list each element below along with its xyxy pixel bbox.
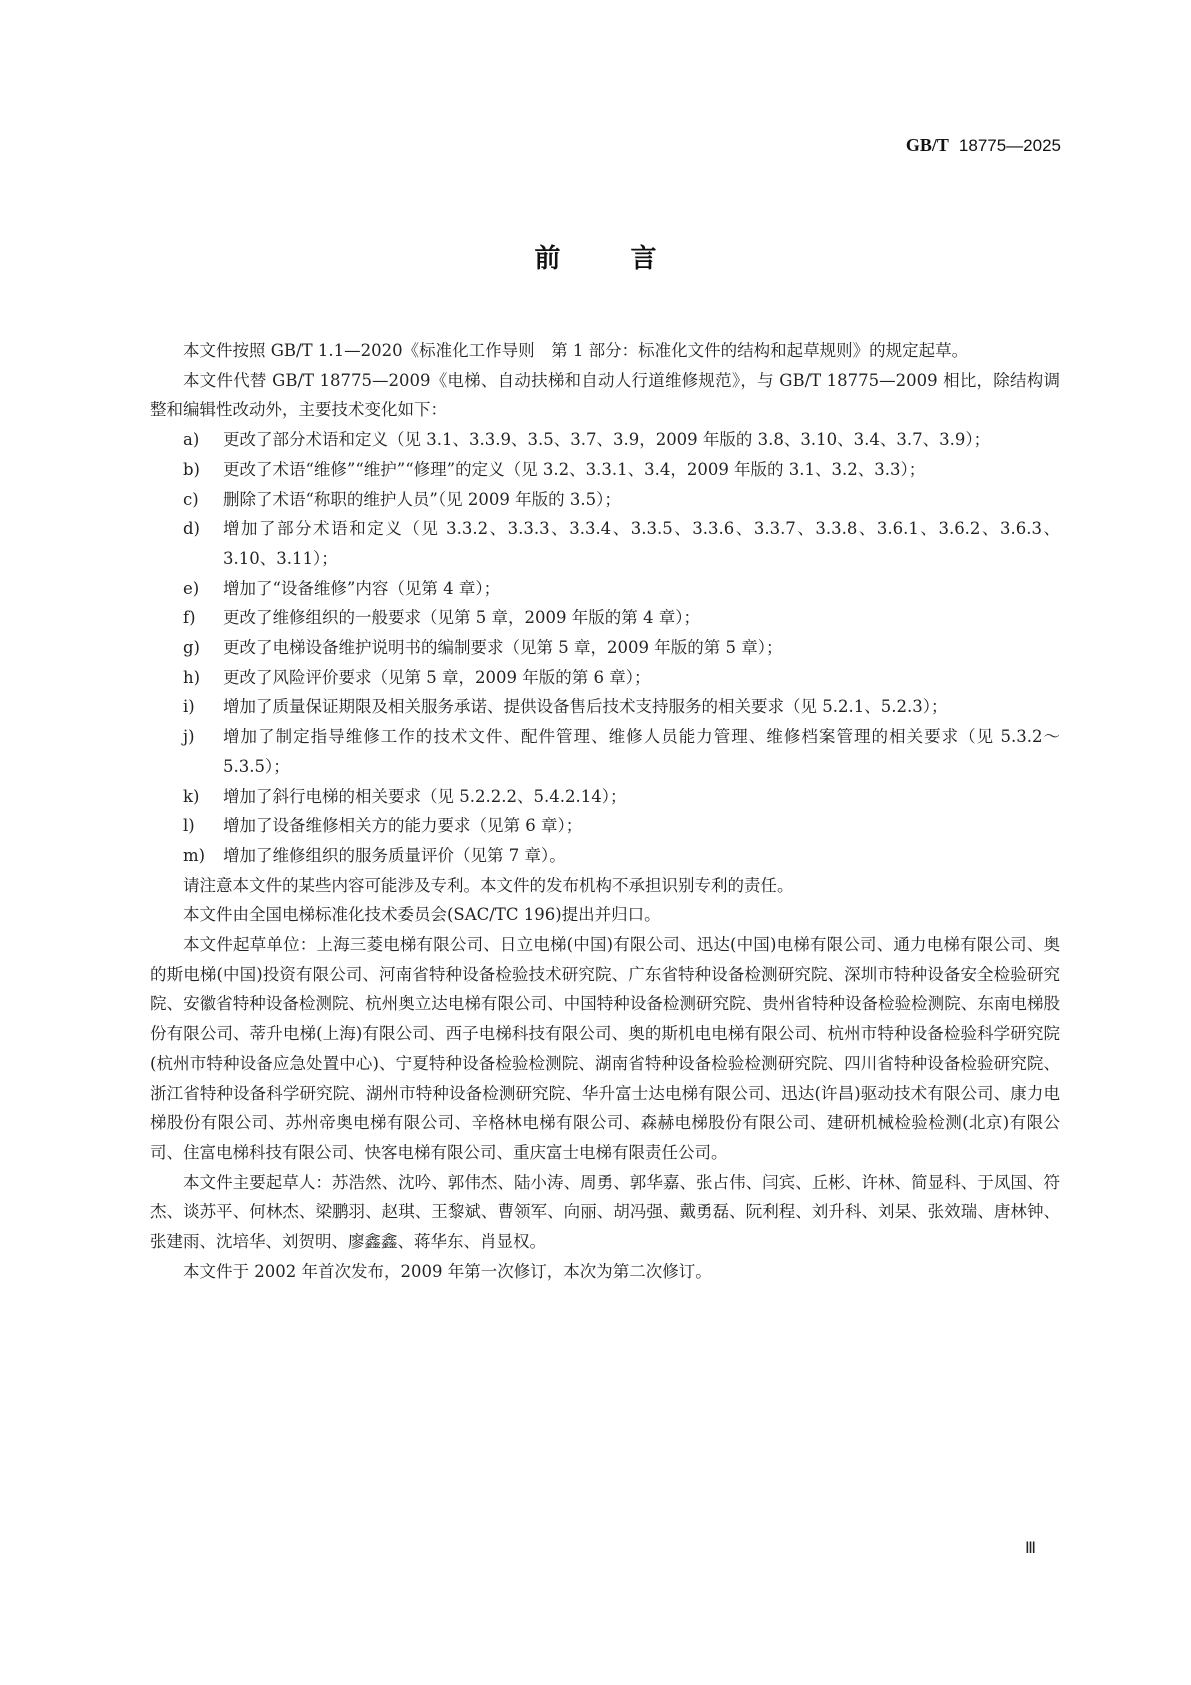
standard-number: 18775—2025	[959, 136, 1061, 155]
list-text: 更改了术语“维修”“维护”“修理”的定义（见 3.2、3.3.1、3.4，200…	[223, 455, 1060, 485]
list-text: 增加了制定指导维修工作的技术文件、配件管理、维修人员能力管理、维修档案管理的相关…	[223, 722, 1060, 781]
standard-code: GB/T18775—2025	[906, 135, 1061, 156]
list-item: a)更改了部分术语和定义（见 3.1、3.3.9、3.5、3.7、3.9，200…	[150, 425, 1060, 455]
list-text: 增加了“设备维修”内容（见第 4 章）；	[223, 574, 1060, 604]
list-marker: d)	[150, 514, 223, 573]
list-marker: j)	[150, 722, 223, 781]
list-marker: i)	[150, 692, 223, 722]
list-marker: k)	[150, 782, 223, 812]
list-text: 删除了术语“称职的维护人员”（见 2009 年版的 3.5）；	[223, 485, 1060, 515]
list-item: e)增加了“设备维修”内容（见第 4 章）；	[150, 574, 1060, 604]
page-number: Ⅲ	[1025, 1538, 1036, 1558]
list-marker: a)	[150, 425, 223, 455]
list-item: j)增加了制定指导维修工作的技术文件、配件管理、维修人员能力管理、维修档案管理的…	[150, 722, 1060, 781]
list-marker: b)	[150, 455, 223, 485]
changes-list: a)更改了部分术语和定义（见 3.1、3.3.9、3.5、3.7、3.9，200…	[150, 425, 1060, 871]
list-item: d)增加了部分术语和定义（见 3.3.2、3.3.3、3.3.4、3.3.5、3…	[150, 514, 1060, 573]
list-item: k)增加了斜行电梯的相关要求（见 5.2.2.2、5.4.2.14）；	[150, 782, 1060, 812]
paragraph-history: 本文件于 2002 年首次发布，2009 年第一次修订，本次为第二次修订。	[150, 1257, 1060, 1287]
title-char-2: 言	[631, 238, 657, 275]
list-item: g)更改了电梯设备维护说明书的编制要求（见第 5 章，2009 年版的第 5 章…	[150, 633, 1060, 663]
paragraph-patent-notice: 请注意本文件的某些内容可能涉及专利。本文件的发布机构不承担识别专利的责任。	[150, 871, 1060, 901]
list-marker: m)	[150, 841, 223, 871]
list-text: 更改了部分术语和定义（见 3.1、3.3.9、3.5、3.7、3.9，2009 …	[223, 425, 1060, 455]
list-item: i)增加了质量保证期限及相关服务承诺、提供设备售后技术支持服务的相关要求（见 5…	[150, 692, 1060, 722]
list-text: 增加了部分术语和定义（见 3.3.2、3.3.3、3.3.4、3.3.5、3.3…	[223, 514, 1060, 573]
paragraph-replaces: 本文件代替 GB/T 18775—2009《电梯、自动扶梯和自动人行道维修规范》…	[150, 366, 1060, 425]
list-text: 更改了维修组织的一般要求（见第 5 章，2009 年版的第 4 章）；	[223, 603, 1060, 633]
list-item: f)更改了维修组织的一般要求（见第 5 章，2009 年版的第 4 章）；	[150, 603, 1060, 633]
list-marker: h)	[150, 663, 223, 693]
list-text: 更改了风险评价要求（见第 5 章，2009 年版的第 6 章）；	[223, 663, 1060, 693]
list-marker: f)	[150, 603, 223, 633]
paragraph-drafters: 本文件主要起草人：苏浩然、沈吟、郭伟杰、陆小涛、周勇、郭华嘉、张占伟、闫宾、丘彬…	[150, 1168, 1060, 1257]
paragraph-drafting-units: 本文件起草单位：上海三菱电梯有限公司、日立电梯(中国)有限公司、迅达(中国)电梯…	[150, 930, 1060, 1168]
list-item: c)删除了术语“称职的维护人员”（见 2009 年版的 3.5）；	[150, 485, 1060, 515]
list-marker: l)	[150, 811, 223, 841]
paragraph-drafting-rule: 本文件按照 GB/T 1.1—2020《标准化工作导则 第 1 部分：标准化文件…	[150, 336, 1060, 366]
list-text: 增加了斜行电梯的相关要求（见 5.2.2.2、5.4.2.14）；	[223, 782, 1060, 812]
list-item: m)增加了维修组织的服务质量评价（见第 7 章）。	[150, 841, 1060, 871]
list-text: 更改了电梯设备维护说明书的编制要求（见第 5 章，2009 年版的第 5 章）；	[223, 633, 1060, 663]
list-marker: g)	[150, 633, 223, 663]
list-item: h)更改了风险评价要求（见第 5 章，2009 年版的第 6 章）；	[150, 663, 1060, 693]
list-marker: c)	[150, 485, 223, 515]
list-item: l)增加了设备维修相关方的能力要求（见第 6 章）；	[150, 811, 1060, 841]
list-text: 增加了设备维修相关方的能力要求（见第 6 章）；	[223, 811, 1060, 841]
foreword-body: 本文件按照 GB/T 1.1—2020《标准化工作导则 第 1 部分：标准化文件…	[150, 336, 1060, 1287]
document-page: GB/T18775—2025 前言 本文件按照 GB/T 1.1—2020《标准…	[0, 0, 1191, 1685]
paragraph-proposer: 本文件由全国电梯标准化技术委员会(SAC/TC 196)提出并归口。	[150, 900, 1060, 930]
list-text: 增加了维修组织的服务质量评价（见第 7 章）。	[223, 841, 1060, 871]
list-marker: e)	[150, 574, 223, 604]
list-text: 增加了质量保证期限及相关服务承诺、提供设备售后技术支持服务的相关要求（见 5.2…	[223, 692, 1060, 722]
standard-prefix: GB/T	[906, 135, 949, 155]
list-item: b)更改了术语“维修”“维护”“修理”的定义（见 3.2、3.3.1、3.4，2…	[150, 455, 1060, 485]
page-title: 前言	[0, 238, 1191, 275]
title-char-1: 前	[534, 238, 560, 275]
